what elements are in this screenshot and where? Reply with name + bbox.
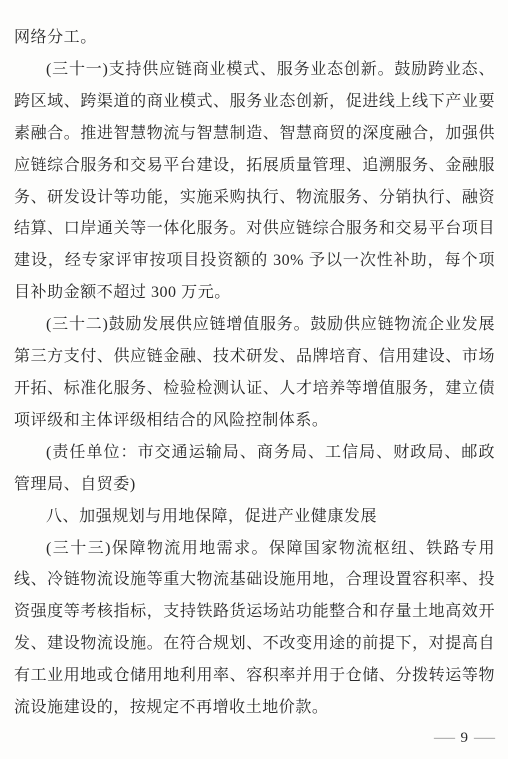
paragraph-continuation: 网络分工。 xyxy=(14,22,495,54)
paragraph-item-31: (三十一)支持供应链商业模式、服务业态创新。鼓励跨业态、跨区域、跨渠道的商业模式… xyxy=(14,54,495,309)
page-number: 9 xyxy=(461,729,469,747)
document-page: 网络分工。 (三十一)支持供应链商业模式、服务业态创新。鼓励跨业态、跨区域、跨渠… xyxy=(0,0,508,759)
page-number-dash-right: — xyxy=(474,729,495,747)
section-heading-8: 八、加强规划与用地保障，促进产业健康发展 xyxy=(14,501,495,533)
paragraph-item-32: (三十二)鼓励发展供应链增值服务。鼓励供应链物流企业发展第三方支付、供应链金融、… xyxy=(14,309,495,437)
paragraph-item-33: (三十三)保障物流用地需求。保障国家物流枢纽、铁路专用线、冷链物流设施等重大物流… xyxy=(14,533,495,724)
paragraph-responsibility-units: (责任单位：市交通运输局、商务局、工信局、财政局、邮政管理局、自贸委) xyxy=(14,437,495,501)
page-number-dash-left: — xyxy=(434,729,455,747)
page-footer: — 9 — xyxy=(437,729,493,747)
